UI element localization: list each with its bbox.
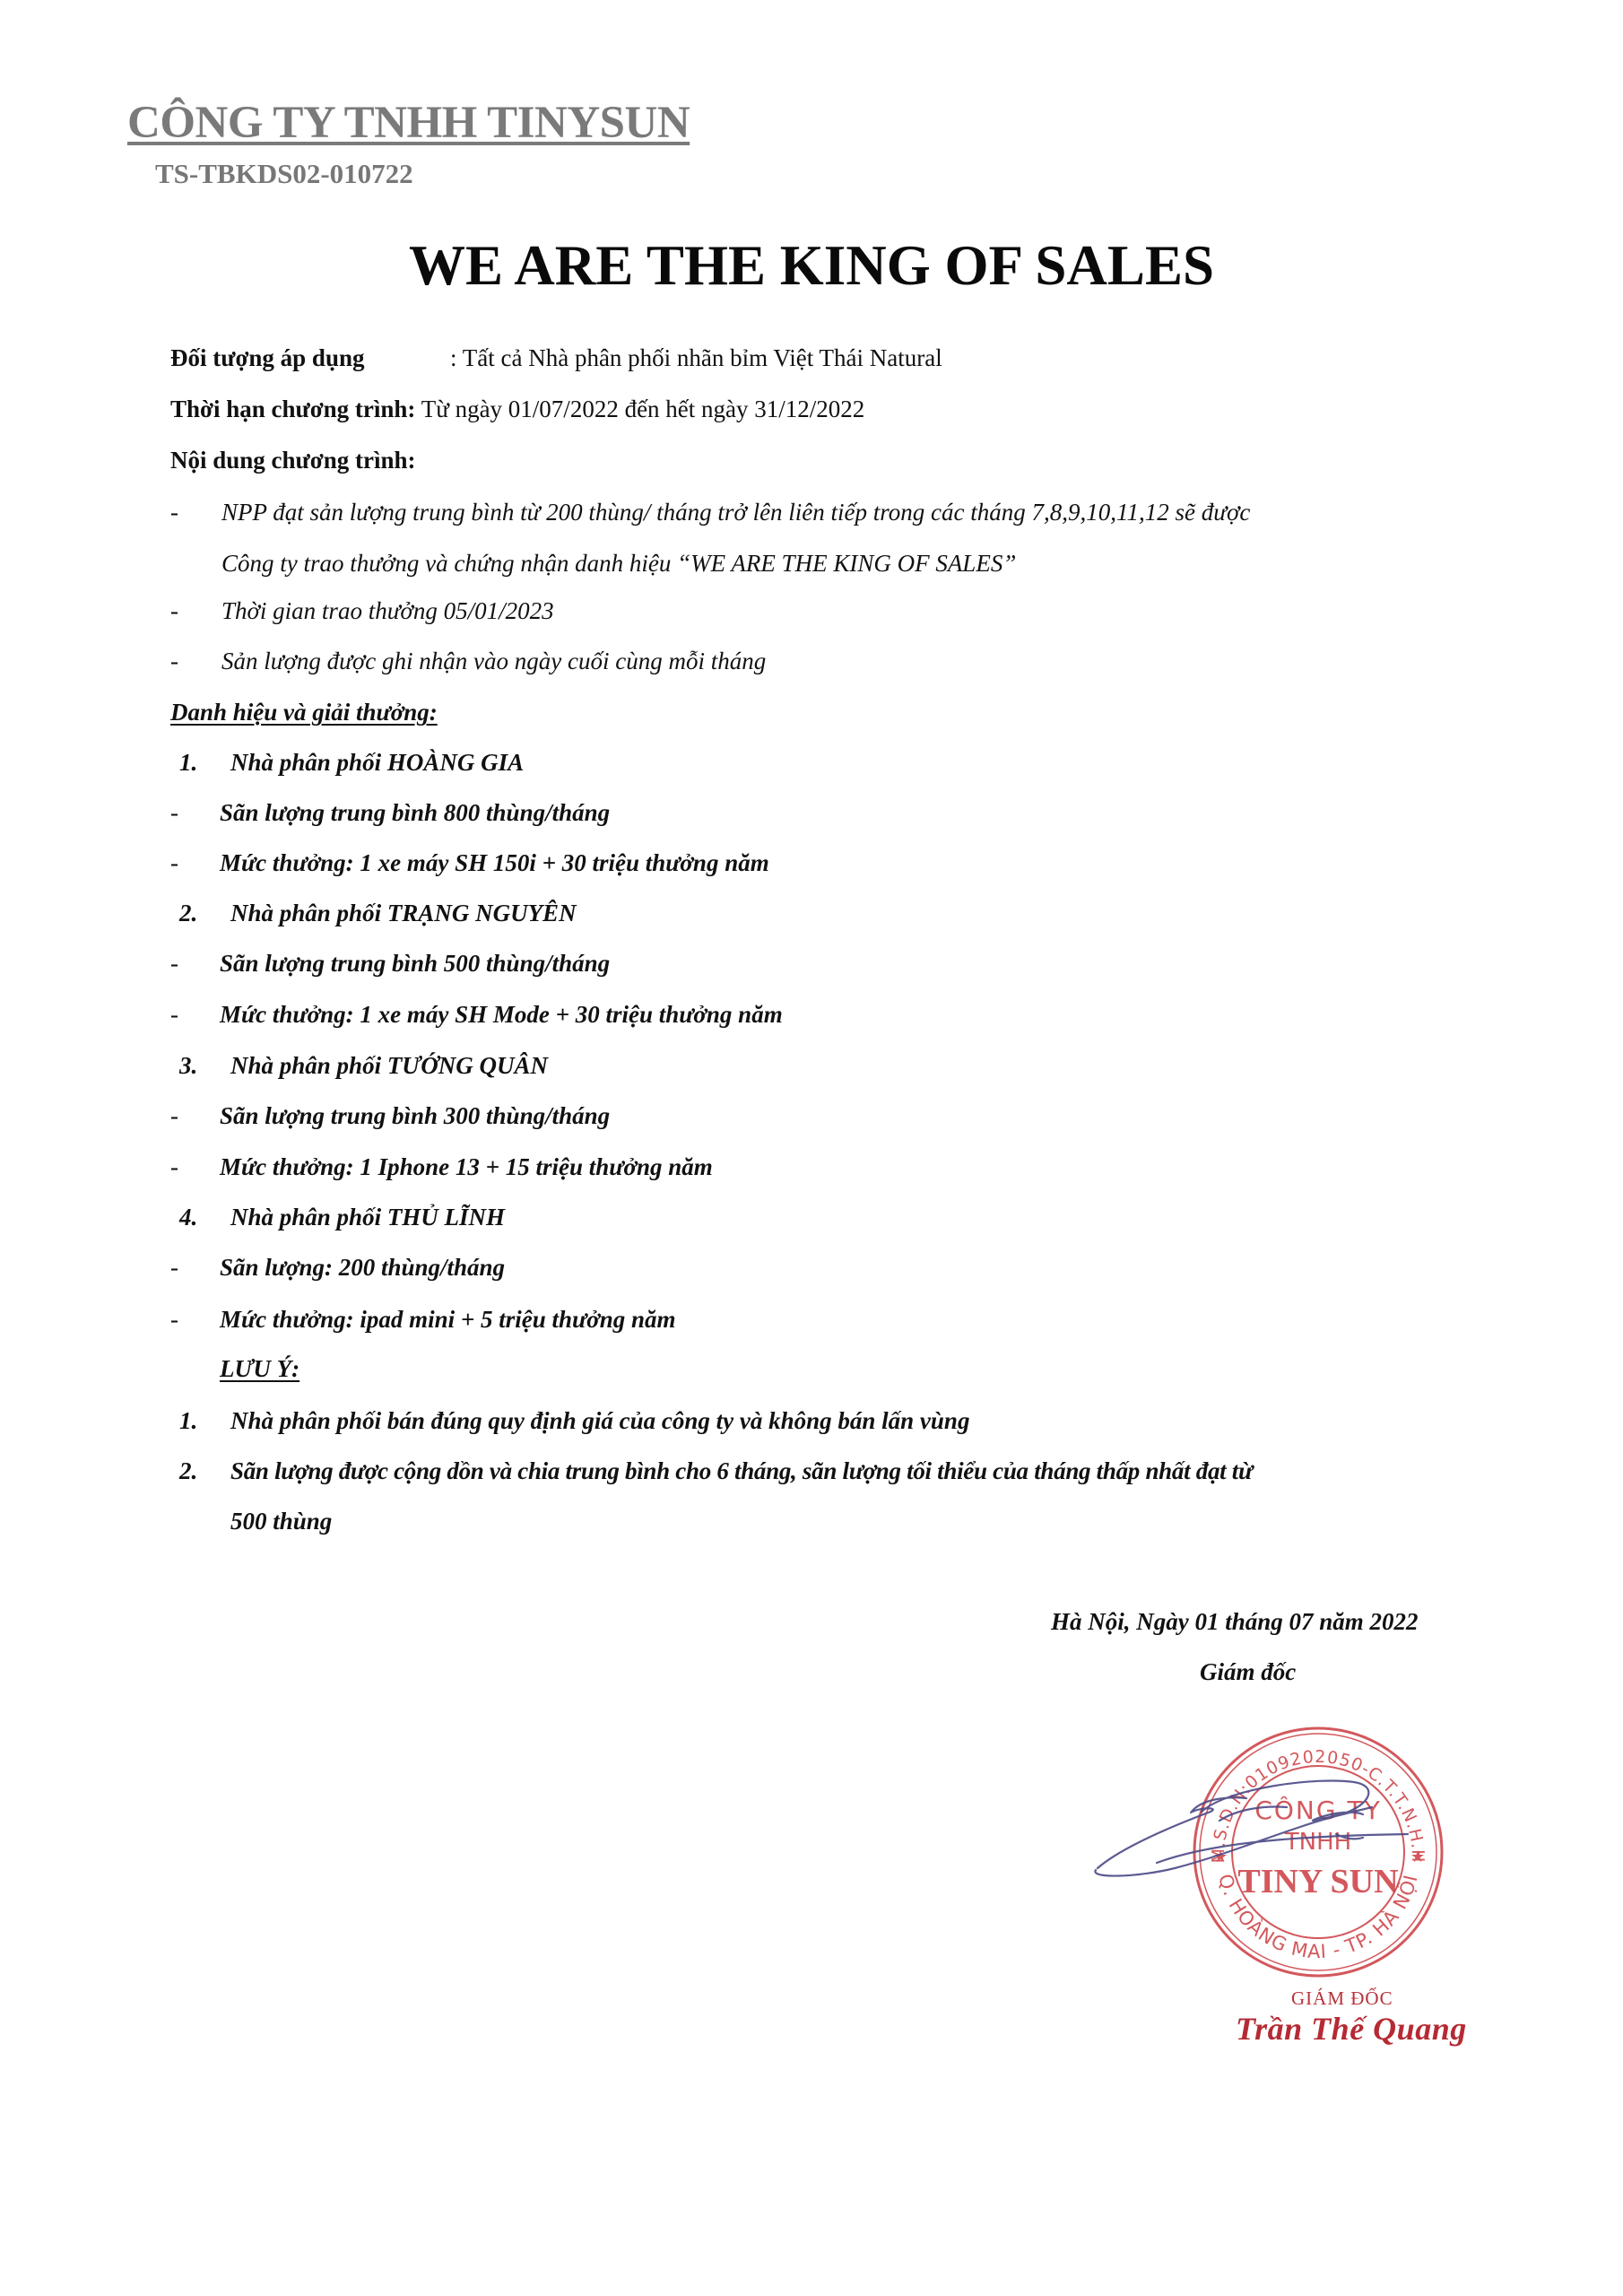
place-date: Hà Nội, Ngày 01 tháng 07 năm 2022 — [1051, 1610, 1419, 1634]
note-text: Sãn lượng được cộng dồn và chia trung bì… — [230, 1459, 1253, 1483]
tier-volume: Sãn lượng trung bình 300 thùng/tháng — [220, 1104, 610, 1128]
period-line: Thời hạn chương trình: Từ ngày 01/07/202… — [170, 397, 864, 422]
tier-reward: Mức thưởng: ipad mini + 5 triệu thưởng n… — [220, 1308, 676, 1332]
tier-volume: Sãn lượng trung bình 500 thùng/tháng — [220, 952, 610, 976]
bullet-dash: - — [170, 1308, 178, 1332]
tier-reward: Mức thưởng: 1 xe máy SH 150i + 30 triệu … — [220, 851, 769, 875]
content-item: Thời gian trao thưởng 05/01/2023 — [221, 599, 554, 623]
signer-role: Giám đốc — [1200, 1660, 1296, 1684]
content-item: Sản lượng được ghi nhận vào ngày cuối cù… — [221, 649, 766, 674]
bullet-dash: - — [170, 801, 178, 825]
bullet-dash: - — [170, 599, 178, 623]
note-number: 1. — [179, 1409, 197, 1433]
note-text-continuation: 500 thùng — [230, 1509, 332, 1534]
target-value: : Tất cả Nhà phân phối nhãn bỉm Việt Thá… — [450, 346, 942, 370]
tier-volume: Sãn lượng trung bình 800 thùng/tháng — [220, 801, 610, 825]
tier-name: Nhà phân phối THỦ LĨNH — [230, 1205, 505, 1230]
awards-heading: Danh hiệu và giải thưởng: — [170, 700, 438, 725]
bullet-dash: - — [170, 851, 178, 875]
company-name: CÔNG TY TNHH TINYSUN — [127, 100, 690, 146]
bullet-dash: - — [170, 1003, 178, 1027]
stamp-role: GIÁM ĐỐC — [1291, 1989, 1393, 2008]
bullet-dash: - — [170, 1155, 178, 1179]
tier-reward: Mức thưởng: 1 xe máy SH Mode + 30 triệu … — [220, 1003, 783, 1027]
bullet-dash: - — [170, 952, 178, 976]
content-item-continuation: Công ty trao thưởng và chứng nhận danh h… — [221, 552, 1016, 576]
period-value: Từ ngày 01/07/2022 đến hết ngày 31/12/20… — [415, 396, 864, 422]
tier-name: Nhà phân phối TƯỚNG QUÂN — [230, 1054, 548, 1078]
signature-scribble-icon — [1085, 1771, 1426, 1897]
tier-name: Nhà phân phối HOÀNG GIA — [230, 751, 524, 775]
period-label: Thời hạn chương trình: — [170, 396, 415, 422]
tier-number: 3. — [179, 1054, 197, 1078]
bullet-dash: - — [170, 649, 178, 674]
document-title: WE ARE THE KING OF SALES — [0, 238, 1623, 294]
signer-name: Trần Thế Quang — [1236, 2013, 1467, 2045]
tier-number: 4. — [179, 1205, 197, 1230]
content-label: Nội dung chương trình: — [170, 448, 415, 473]
tier-volume: Sãn lượng: 200 thùng/tháng — [220, 1256, 505, 1280]
target-label: Đối tượng áp dụng — [170, 346, 364, 370]
notes-heading: LƯU Ý: — [220, 1357, 299, 1381]
tier-number: 2. — [179, 901, 197, 926]
bullet-dash: - — [170, 1104, 178, 1128]
content-item: NPP đạt sản lượng trung bình từ 200 thùn… — [221, 500, 1250, 525]
tier-name: Nhà phân phối TRẠNG NGUYÊN — [230, 901, 577, 926]
tier-reward: Mức thưởng: 1 Iphone 13 + 15 triệu thưởn… — [220, 1155, 713, 1179]
note-number: 2. — [179, 1459, 197, 1483]
note-text: Nhà phân phối bán đúng quy định giá của … — [230, 1409, 969, 1433]
bullet-dash: - — [170, 500, 178, 525]
tier-number: 1. — [179, 751, 197, 775]
document-number: TS-TBKDS02-010722 — [155, 160, 413, 187]
bullet-dash: - — [170, 1256, 178, 1280]
